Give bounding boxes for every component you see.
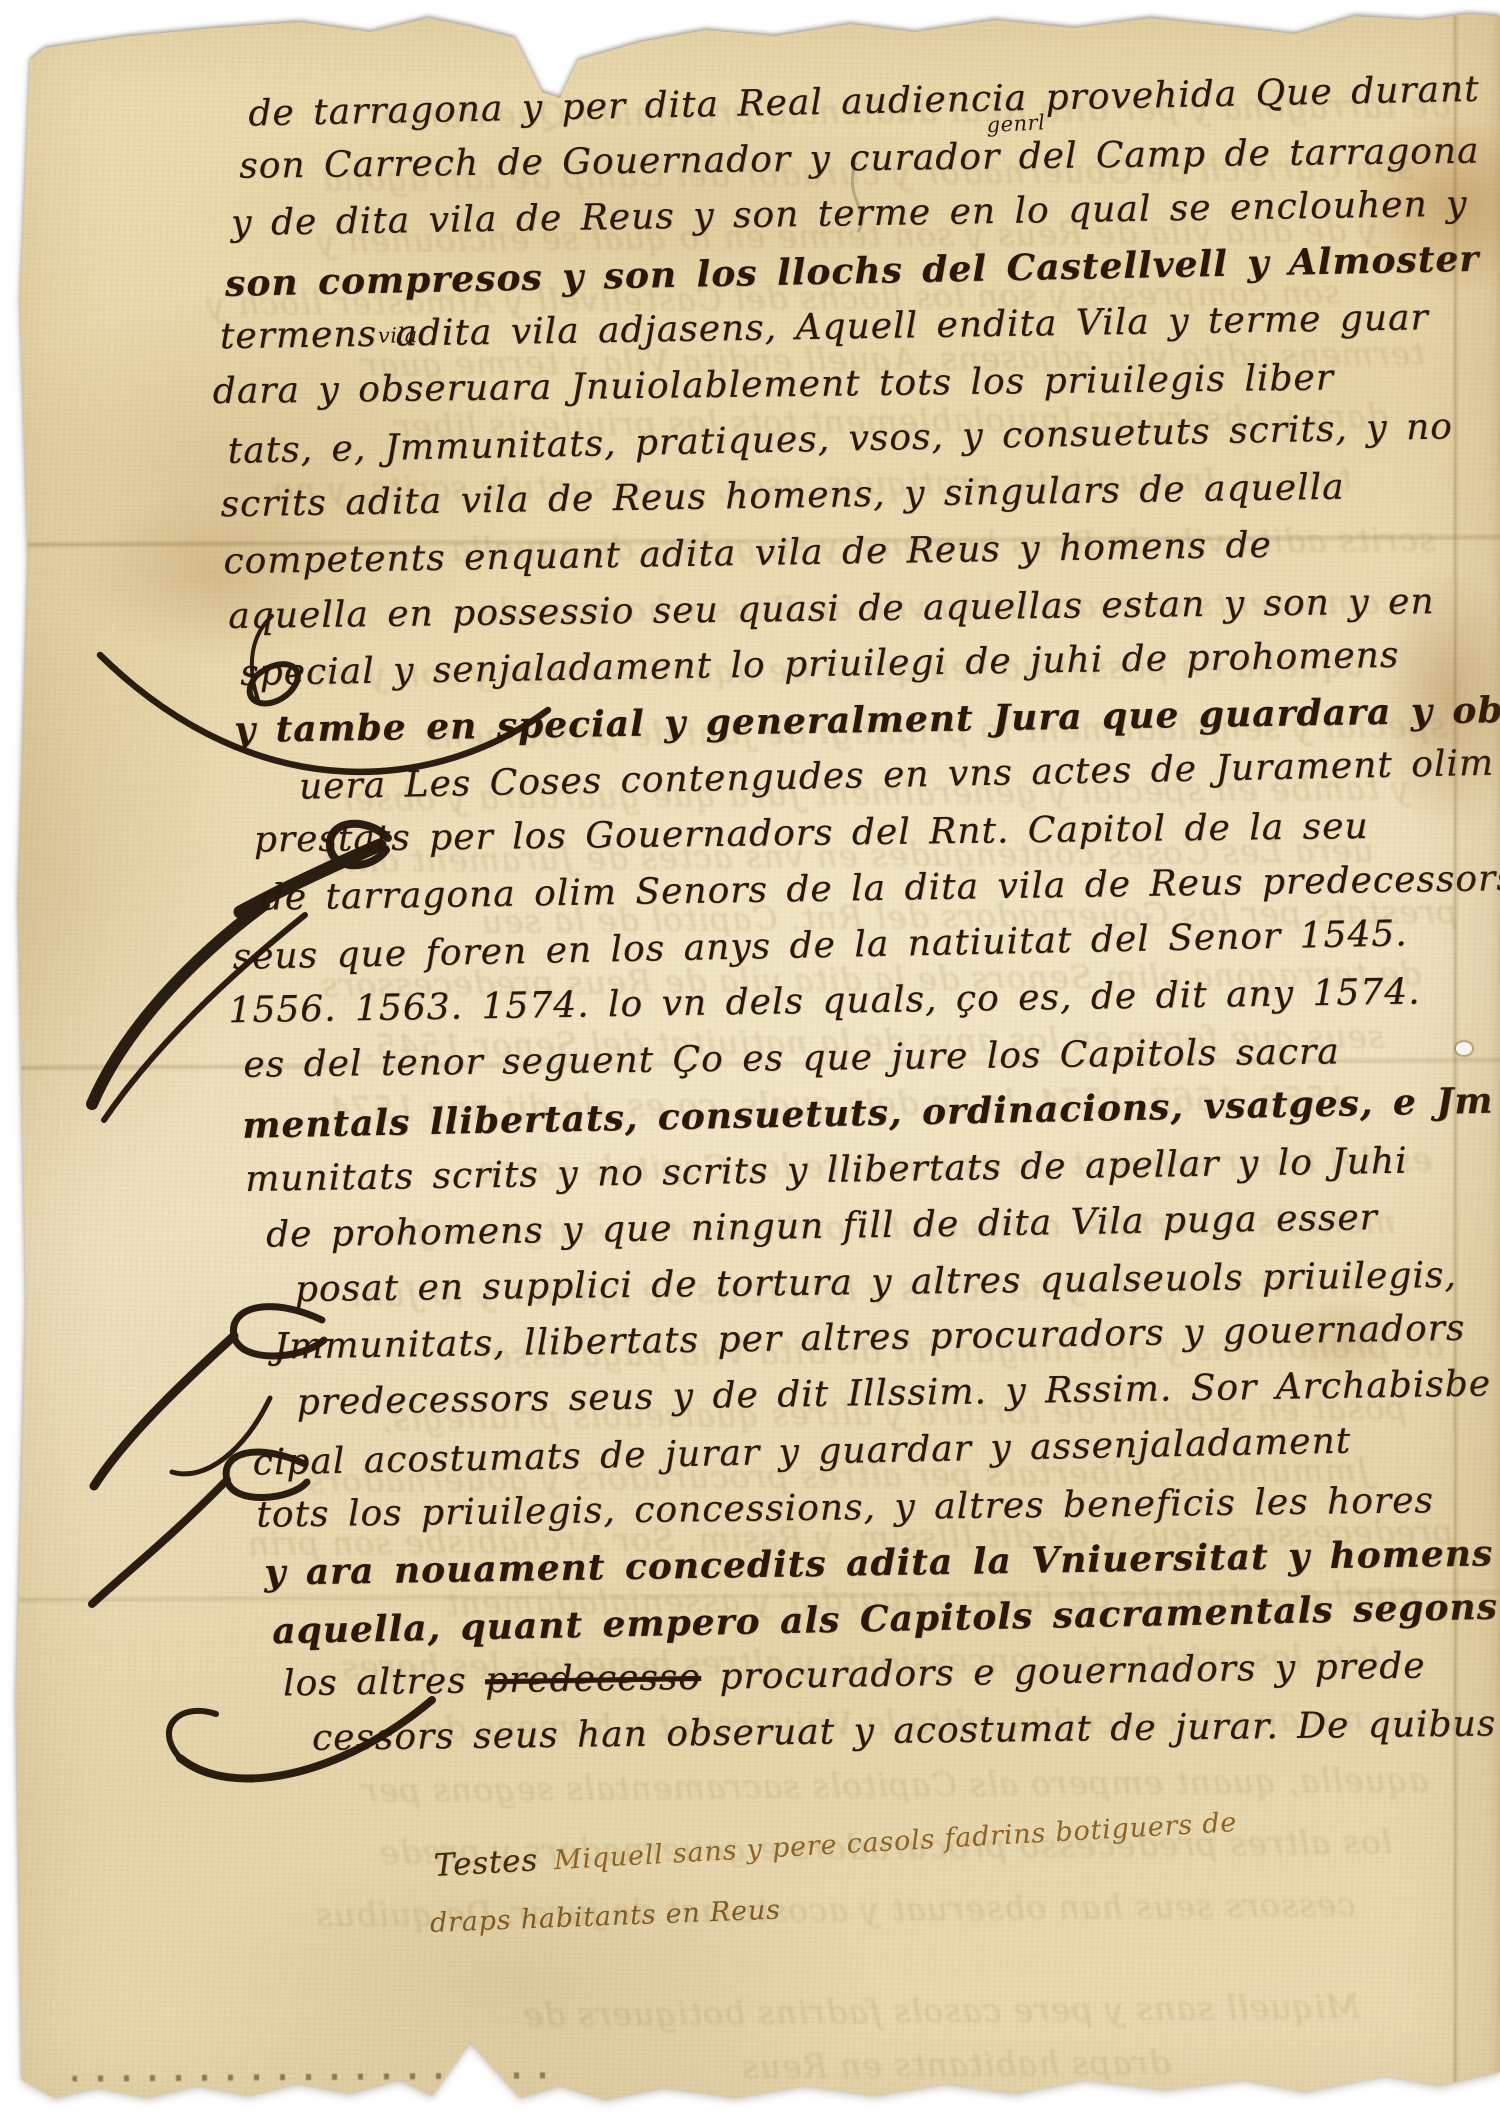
bleed-through-line: tats, e, Jmmunitats, pratiques, vsos, y … (273, 462, 1352, 506)
ink-flourish-strokes (0, 0, 1500, 2124)
manuscript-line: de tarragona y per dita Real audiencia p… (248, 62, 1487, 143)
manuscript-line: y tambe en special y generalment Jura qu… (234, 682, 1497, 758)
manuscript-line: cessors seus han obseruat y acostumat de… (312, 1697, 1500, 1768)
manuscript-line: de tarragona olim Senors de la dita vila… (260, 851, 1499, 927)
bleed-through-line: mentals llibertats, consuetuts, ordinaci… (381, 1205, 1395, 1249)
bleed-through-line: de prohomens y que ningun fill de dita V… (474, 1329, 1443, 1372)
bleed-through-line: cessors seus han obseruat y acostumat de… (315, 1888, 1356, 1932)
manuscript-line: tats, e, Jmmunitats, pratiques, vsos, y … (227, 399, 1492, 481)
bleed-through-line: es del tenor seguent Ço es que jure los … (477, 1143, 1432, 1186)
manuscript-line: tots los priuilegis, concessions, y altr… (256, 1472, 1500, 1543)
bleed-through-line: Miquell sans y pere casols fadrins botig… (523, 1990, 1361, 2032)
manuscript-line: predecessors seus y de dit Illssim. y Rs… (296, 1356, 1500, 1431)
manuscript-sheet-wrap: de tarragona y per dita Real audiencia p… (0, 0, 1500, 2124)
manuscript-line: dara y obseruara Jnuiolablement tots los… (212, 348, 1491, 420)
manuscript-line: es del tenor seguent Ço es que jure los … (243, 1023, 1500, 1095)
manuscript-line: competents enquant adita vila de Reus y … (223, 514, 1494, 590)
fold-crease-vertical (1452, 16, 1460, 2090)
manuscript-line: posat en supplici de tortura y altres qu… (295, 1247, 1500, 1318)
bleed-through-line: de tarragona y per dita Real audiencia p… (366, 89, 1451, 133)
witness-clause-line: TestesMiquell sans y pere casols fadrins… (433, 1803, 1238, 1884)
bleed-through-line: Jmmunitats, llibertats per altres procur… (306, 1454, 1371, 1498)
bleed-through-line: aquella en possessio seu quasi de aquell… (313, 648, 1364, 692)
bleed-through-text: de tarragona y per dita Real audiencia p… (0, 0, 1500, 2124)
bleed-through-line: son Carrech de Gouernador y curador del … (321, 151, 1414, 195)
manuscript-line: prestats per los Gouernadors del Rnt. Ca… (253, 798, 1498, 869)
bleed-through-line: y tambe en special y generalment Jura qu… (337, 771, 1411, 815)
manuscript-line: 1556. 1563. 1574. lo vn dels quals, ço e… (228, 963, 1500, 1039)
manuscript-line: Jmmunitats, llibertats per altres procur… (273, 1300, 1500, 1376)
bleed-through-line: y ara nouament concedits adita la Vniuer… (423, 1701, 1465, 1745)
manuscript-line: mentals llibertats, consuetuts, ordinaci… (242, 1073, 1500, 1154)
bleed-through-line: y de dita vila de Reus y son terme en lo… (316, 213, 1378, 257)
fold-crease-horizontal (0, 1588, 1500, 1604)
manuscript-text: genrl vila de tarragona y per dita Real … (0, 64, 1500, 1773)
manuscript-line: termens adita vila adjasens, Aquell endi… (219, 289, 1490, 365)
bleed-through-line: de tarragona olim Senors de la dita vila… (320, 957, 1421, 1002)
manuscript-page: de tarragona y per dita Real audiencia p… (0, 0, 1500, 2124)
manuscript-line: los altres predecesso procuradors e goue… (283, 1637, 1500, 1712)
bleed-through-line: competents enquant adita vila de Reus y … (478, 585, 1399, 628)
bleed-through-line: draps habitants en Reus (741, 2046, 1171, 2083)
bleed-through-line: tots los priuilegis, concessions, y altr… (341, 1639, 1382, 1683)
manuscript-line: uera Les Coses contengudes en vns actes … (298, 736, 1497, 816)
bleed-through-line: predecessors seus y de dit Illssim. y Rs… (247, 1515, 1454, 1561)
bleed-through-line: dara y obseruara Jnuiolablement tots los… (394, 399, 1388, 442)
manuscript-line: seus que foren en los anys de la natiuit… (232, 904, 1500, 986)
manuscript-line: special y senjaladament lo priuilegi de … (240, 626, 1496, 702)
fold-crease-horizontal (0, 1056, 1500, 1072)
witness-intro-word: Testes (433, 1842, 539, 1884)
witness-clause-line: draps habitants en Reus (429, 1895, 781, 1939)
bleed-through-line: 1556. 1563. 1574. lo vn dels quals, ço e… (317, 1082, 1349, 1126)
manuscript-line: munitats scrits y no scrits y llibertats… (245, 1132, 1500, 1208)
manuscript-line: cipal acostumats de jurar y guardar y as… (252, 1410, 1500, 1491)
scan-background: de tarragona y per dita Real audiencia p… (0, 0, 1500, 2124)
bleed-through-line: munitats scrits y no scrits y llibertats… (349, 1268, 1360, 1312)
bleed-through-line: termens adita vila adjasens, Aquell endi… (361, 337, 1425, 381)
bleed-through-line: scrits adita vila de Reus homens, y sing… (450, 523, 1436, 566)
bleed-through-line: prestats per los Gouernadors del Rnt. Ca… (480, 895, 1457, 938)
manuscript-line: son compresos y son los llochs del Caste… (225, 230, 1490, 312)
witness-names: Miquell sans y pere casols fadrins botig… (553, 1807, 1238, 1876)
bleed-through-line: son compresos y son los llochs del Caste… (206, 276, 1342, 321)
struck-through-word: predecesso (485, 1657, 702, 1701)
bleed-through-line: los altres predecesso procuradors e goue… (379, 1825, 1393, 1869)
bleed-through-line: seus que foren en los anys de la natiuit… (363, 1019, 1385, 1063)
paper-hole (1456, 1042, 1472, 1055)
manuscript-line: son Carrech de Gouernador y curador del … (239, 124, 1488, 195)
manuscript-line: aquella en possessio seu quasi de aquell… (228, 573, 1495, 645)
interlinear-insertion: vila (378, 323, 418, 348)
manuscript-line: de prohomens y que ningun fill de dita V… (266, 1188, 1500, 1264)
fold-crease-horizontal (0, 533, 1500, 549)
bottom-edge-speckles (72, 2072, 552, 2081)
bleed-through-line: uera Les Coses contengudes en vns actes … (323, 833, 1374, 877)
bleed-through-line: posat en supplici de tortura y altres qu… (380, 1391, 1406, 1435)
manuscript-line: y ara nouament concedits adita la Vniuer… (264, 1525, 1500, 1601)
interlinear-insertion: genrl (986, 110, 1046, 137)
bleed-through-line: special y senjaladament lo priuilegi de … (423, 709, 1447, 753)
manuscript-line: scrits adita vila de Reus homens, y sing… (220, 458, 1493, 534)
manuscript-line: y de dita vila de Reus y son terme en lo… (231, 177, 1489, 253)
manuscript-line: aquella, quant empero als Capitols sacra… (272, 1579, 1500, 1660)
bleed-through-line: cipal acostumats de jurar y guardar y as… (444, 1577, 1417, 1620)
bleed-through-line: aquella, quant empero als Capitols sacra… (361, 1763, 1429, 1807)
